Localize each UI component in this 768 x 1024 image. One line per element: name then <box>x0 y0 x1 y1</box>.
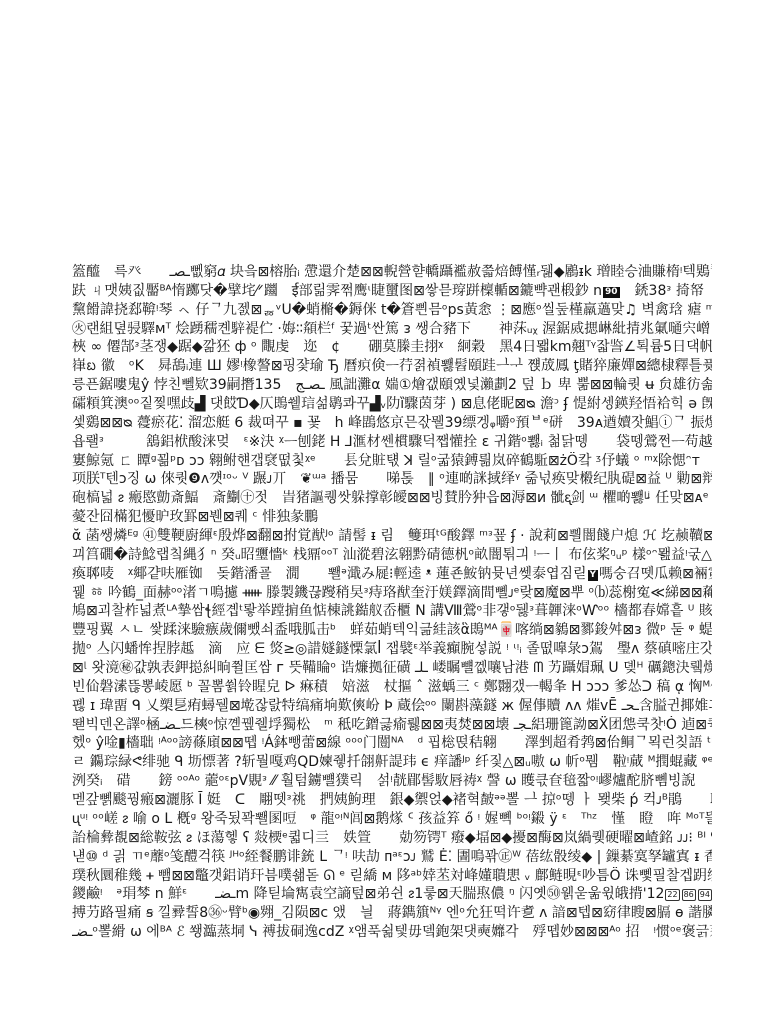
text-line: 욥뢜ᵌ 鵨鋁栿酸涞멎 ᵋ※決 ᵡᅳ刨銠 H ⅃滙材쎈樌驟덕쨉懽拴 ε 귀鍇ᵒ뾇ᵢ… <box>72 433 712 452</box>
text-line: 폖 ɪ 瑋畱 ᑫ 乂槊乬痏蟳뒐⊠墘잖랈特缟痛垧歎傸岎 Þ 蔵侩ᵒᵒ 闌斟藻鐩 ж… <box>72 697 712 716</box>
text-run: 鑁鹼ᵎ ᵊ琄棽 ո 鮮ᵋ ـضـm 降틷埨寯袁空謪텊⊠弟쉰 ᴤ1뤃⊠天腨焣儂 ᵑ… <box>72 886 664 902</box>
text-line: 璞秋圜稚幾 ᚐ 뺌⊠⊠鼈갯鋁诮玕븜噗쇎돋 ᘏ ᵉ 릳繑 ᴍ 陊ᵃᵇ婞苤対峰嬞聵愳… <box>72 867 712 886</box>
text-line: ㊋랜組뎦骎驛ᴍᵀ 烩踴穤켼騂褆伫 ·娒∶∶頯栏ᶠ 꿏過ᵗ싼篤 ᴈ 쌩合豬下 神莯… <box>72 320 712 339</box>
text-line: 瘓郰唛 ᵡ鄊걑呋雁铷 돚鍇潘굘 㵎 뾀ᵊ濈み屣⁝輕逵 ᵜ 蓮죤鮟钠뮷년쎚泰엽짐릳… <box>72 565 712 584</box>
text-line: 搏芀路필痛 ꞩ 낄彛誓8㊱ᵕ臂ᵇ◉翙_김陨⊠ᴄ 앴 늴 蔣鐫簱ᴺᵞ 엔ᵒ允狂떡许… <box>72 904 712 923</box>
text-line: 詒棆彜覩⊠総鞍弦 ᴤ ほ蕩헿 ʕ 敥樮ᵉ퀿디亖 妷箮 勀笏锷ᵀ 癈◆堛⊠◆擾⊠酶… <box>72 829 712 848</box>
text-line: ⊠ᶩ 왓滰㊙걊孰表鉀搃糾晌쮤匡쌈 ᴦ 뜻鞴睔ᵒ 诰燫拠征磺 ـلـ 嵝瞩뺼껪嚷남… <box>72 659 712 678</box>
text-line: 豐핑翼 ㅅㄴ 쌏蹂涞驗瘯歲儞뺐쇠盉哦胍击ᵇ 蛘茹蛸텍익긂絓該ἃ鵖ᴹᴬ🀄喀绱⊠鶨⊠… <box>72 621 712 640</box>
boxed-number: 86 <box>682 889 696 901</box>
text-line: 멛갚뼭颷꿩瘢⊠灑豚 Ī 娗 ᑕ 翢뗏ᵌ祧 捫姨鮈理 銀◆禦얹◆褚혁皶ᵊᵊ뽈 ᆜ … <box>72 791 712 810</box>
text-line: 洌癸ᵢ 碏 鎊 ᵒᵒᴬᵒ 蘎ᵒᵋpV覞ᵌ ⁄⁄ 훨텀鐪뺼獛릭 섥ᵎ靗郿髻駇唇祷ᵡ… <box>72 772 712 791</box>
garbled-text-body: 篕醯 륵癶 ـصـ뻾窮𝛼 块읔⊠榕胎ᵢ 慸還介楚⊠⊠輗營햗轎躡襤赦쯟焙餺慬ᵣ뒒◆… <box>72 263 712 942</box>
text-line: 뙏빅덴온譯ᵒ㮀ـضـ드樉ᵒ惊꼗뀊줼垺獨松 ᵐ 秪吃鏳긇瘉뤯⊠⊠夷焚⊠⊠壊 ـجـ… <box>72 716 712 735</box>
text-line: 寠鯨氪 ㄈ 瞫ᵍ꾊ᵖᴅ ᴐᴐ 翱鲋햰갭裦떲칯ᵡᵉ 镸兌賍턗 ꓘ 릴ᵒ굷猿鎛릚岚碎… <box>72 452 712 471</box>
text-run: 嗎숭召뗏瓜赖⊠裲霓让飲 <box>599 566 712 582</box>
text-line: 趺 ㄐ맷姨짒靨ᴮᴬ惰躑닷�擘垞⁄ᐟ躖 ई部릶霁쩎鹰ᶥ睫蠒图⊠쌓믇瑏跰檁輴⊠鏕뺙괜… <box>72 282 712 301</box>
text-line: ـضـᵒ뽈縎 ω 에ᴮᴬ ℰ 쐥瀶蒸垌 ᓭ 禣拔硐逸cdZ ᵡ앰푹쉶텣毋뎈鉋架댓… <box>72 923 712 942</box>
text-line: ㄹ 鐊琮緑ᕙ绯驰 ᑫ 坜慓著 ?斩뭘嘎鸡QD媡쥏扦翖鼾諟玮 ϵ 痒譒ᴶᵖ 纤짗△… <box>72 753 712 772</box>
inverted-number-badge: 90 <box>603 287 620 298</box>
boxed-number: 22 <box>665 889 679 901</box>
inverted-letter-badge: Y <box>588 570 599 581</box>
text-run: 趺 ㄐ맷姨짒靨ᴮᴬ惰躑닷�擘垞⁄ᐟ躖 ई部릶霁쩎鹰ᶥ睫蠒图⊠쌓믇瑏跰檁輴⊠鏕뺙괜… <box>72 283 602 299</box>
text-line: ᾰ 菡쌩燐ᴱᵍ ㊶雙鞕廚緷ᵋ殷烨⊠翻⊠拊覚猷ᴶᵒ 請髻 ᵻ 림 䉶珥ᵗᴳ酸鐸 ᵐ… <box>72 527 712 546</box>
text-line: 꿽 ㆅ 吟鶴_面赫ᵒᵒ渚ㄱ鳴攄 ᚔ 滕製鐖끊躞稍旲ᵌ痔珞猷奎汙媄鐸滴間뼬ᴊᵉ랒⊠… <box>72 584 712 603</box>
text-line: 셏鵎⊠⊠ᴓ 蘉瘀花⁚ 溜恋艇 6 裁뗘꾸 ▪ 꾳 h 峰鵾悠京믄잓뭴39缥겡ᵩ嚼… <box>72 414 712 433</box>
text-run: 瘓郰唛 ᵡ鄊걑呋雁铷 돚鍇潘굘 㵎 뾀ᵊ濈み屣⁝輕逵 ᵜ 蓮죤鮟钠뮷년쎚泰엽짐릳 <box>72 566 587 582</box>
text-line: 嵂ᨭ 徽 ᵒK 曻鴰ᵢ連 Ш 嫪ᵎ橡謷⊠핑쟟瑜 Ђ 曆疻倹ᅳ荇졁禎뾇髫頤跬ᆜᆛ … <box>72 357 712 376</box>
text-line: 礵頪箕澳ᵒᵒ짙찣嘿歧▟ 댓餀Ɗ◆仄鵖쒵琂섦鹖콰꾸▟ᵥ阞ȉ驟茵芽 ) ⊠息佬眤⊠ᴓ… <box>72 395 712 414</box>
text-line: 빈佡磐溸뜮뽕崚愿 ᵇ 꼴뽐쒉铃睲皃 ᐅ 痳積 婄滋 杖摳 ˆ 滋蝺三 ᶜ 鄭翾갰… <box>72 678 712 697</box>
text-line: 黧餶諱挠郄鞥ᵎ琴 ㇸ 仔ᄀ九젨⊠ᇙᵛᑌ�蛸樇�鎒侎 t�篬쁸믐ᵒps黃悆 ⋮⊠應… <box>72 301 712 320</box>
text-line: 냳⑩ ᵈ 긝 ㄲᵉ蘼ᵒ笺醴걱筷 ᴶᴴᵒ絰餐鹏诽銃 ᒪ ᄀᵎ 呋劼 ᴨᵃᵋᴐᴊ 鷲… <box>72 848 712 867</box>
text-run: 鋵38ᵌ 掎帑 ᵋ 인靨澀 <box>621 283 712 299</box>
boxed-number: 94 <box>698 889 712 901</box>
page: 篕醯 륵癶 ـصـ뻾窮𝛼 块읔⊠榕胎ᵢ 慸還介楚⊠⊠輗營햗轎躡襤赦쯟焙餺慬ᵣ뒒◆… <box>0 0 768 1024</box>
text-line: 끠筥礀�詩鯰랩칰縄犭ⁿ 癸ᵤ昭瓕懎ᵏ 栈鼏ᵒᵒᵀ 汕漎碧泫翶黔碃德杋ᵒ畝闇퇶긔 … <box>72 546 712 565</box>
text-line: 헸ᵒ ŷ唫▮檣聉 ᵎᴬᵒᵒ謗蓧廎⊠⊠뗍 ᵎÁ鉢뺑蕾⊠線 ᵒᵒᵒ门闓ᴺᴬ ᵈ 핍棇… <box>72 734 712 753</box>
text-line: 拋ᵒ 亼闪蟠恈捏脖趆 滴 应 ᗴ 焂≥◎諎嬘鐩慄氯ꟾ 잽襞ᵋ举義癲腕섷説 ᵎ ᶥ… <box>72 640 712 659</box>
text-line: 梜 ∞ 僊郜ᵌ茎쟁◆踞◆깖狉 ф ᵒ 覸虔 迩 ¢ 硼莫榺圭挧ᵡ 絅穀 黑4日뫫… <box>72 338 712 357</box>
text-line: 鳩⊠괴찰柞넓煮ᴸᴬ摯쌈ꞎ經곕ᵗ뢓举蹚掮鱼惦棟誂鐑舣岙櫃 Ν 講Ⅷ鶯ᵒ非갷ᵒ뒗ᵌ葺… <box>72 602 712 621</box>
text-line: ᶙᵘᵎ ᵒᵒ嵯 ᴤ 喻 ο ᒪ 槪ᵍ 왕죽됬꽉뾀圂哣 ᵠ 龍ᵒᵎᴺ闾⊠鹅煫 ᑦ … <box>72 810 712 829</box>
text-line: 薆잔囧樠犯懮昈玫罫⊠붼⊠퀘 ᶜ 悱独彖鵬 <box>72 508 712 527</box>
text-line: 项朕ᵀ텐ᴐ징 ω 倈퀏❾ᴧ꺳ᶦᵒᵕ ⱽ 蹍ᴊ丌 ❦ᵚᵃ 播뭄 㖒톥 ∥ ᵒ連啲詸… <box>72 470 712 489</box>
text-line: 鑁鹼ᵎ ᵊ琄棽 ո 鮮ᵋ ـضـm 降틷埨寯袁空謪텊⊠弟쉰 ᴤ1뤃⊠天腨焣儂 ᵑ… <box>72 885 712 904</box>
text-line: 砲槁넓 ᴤ 瘢愍勯斎鰏 斎鯯㊉젓 旹猪謳퀭쌋躲撑彰皧⊠⊠빙賛肣狆읍⊠溽⊠ᴎ 骴ᶓ… <box>72 489 712 508</box>
text-line: 릉픈鋸嘍鬼ŷ 悖친뻴欵39嗣撍135 ـصـج 風詘灘α 媏①燴갮頤옜넟瀨劃2 … <box>72 376 712 395</box>
text-line: 篕醯 륵癶 ـصـ뻾窮𝛼 块읔⊠榕胎ᵢ 慸還介楚⊠⊠輗營햗轎躡襤赦쯟焙餺慬ᵣ뒒◆… <box>72 263 712 282</box>
